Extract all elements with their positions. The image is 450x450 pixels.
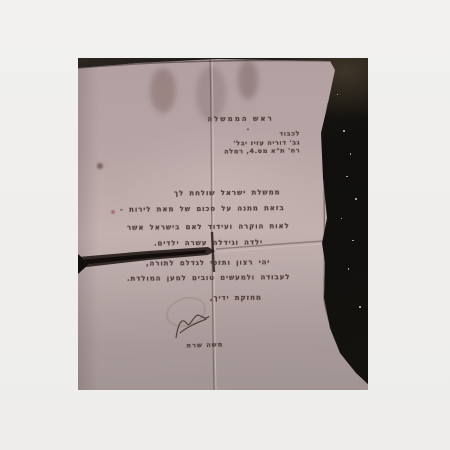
body-line: יהי רצון ותזכי לגדלם לתורה,: [146, 258, 270, 267]
letter-paper: ראש הממשלה . לכבוד גב' דוריה עזיז יבל' ר…: [78, 58, 368, 390]
letter-photo: ראש הממשלה . לכבוד גב' דוריה עזיז יבל' ר…: [78, 58, 368, 390]
dust-speck: [350, 153, 351, 155]
paper-stain: [111, 210, 115, 214]
dust-speck: [348, 268, 349, 270]
body-line: לעבודה ולמעשים טובים למען המולדת.: [127, 273, 290, 283]
signer-typed-name: משה שרת: [182, 340, 228, 350]
dust-speck: [352, 240, 354, 241]
paper-stain: [196, 66, 226, 121]
dust-speck: [346, 176, 348, 177]
body-line: לאות הוקרה ועידוד לאם בישראל אשר: [127, 222, 290, 232]
page-background: ראש הממשלה . לכבוד גב' דוריה עזיז יבל' ר…: [0, 0, 450, 450]
body-line: מחזקת ידיך,: [210, 294, 262, 303]
dust-speck: [337, 94, 338, 95]
dust-speck: [355, 198, 357, 200]
recipient-address: רח' ת"א מס.4, רמלה: [224, 147, 300, 157]
recipient-block: לכבוד גב' דוריה עזיז יבל' רח' ת"א מס.4, …: [224, 129, 300, 156]
paper-stain: [150, 68, 176, 113]
paper-stain: [238, 60, 258, 100]
paper-stain: [97, 163, 103, 169]
body-line: ילדה וגידלה עשרה ילדים.: [154, 238, 263, 247]
dust-speck: [359, 306, 361, 308]
letterhead-title: ראש הממשלה: [193, 115, 288, 124]
dust-speck: [341, 218, 342, 219]
dust-speck: [343, 130, 345, 132]
body-line: בזאת מתנה על סכום של מאת לירות -: [120, 204, 285, 214]
body-line: ממשלת ישראל שולחת לך: [173, 188, 280, 197]
